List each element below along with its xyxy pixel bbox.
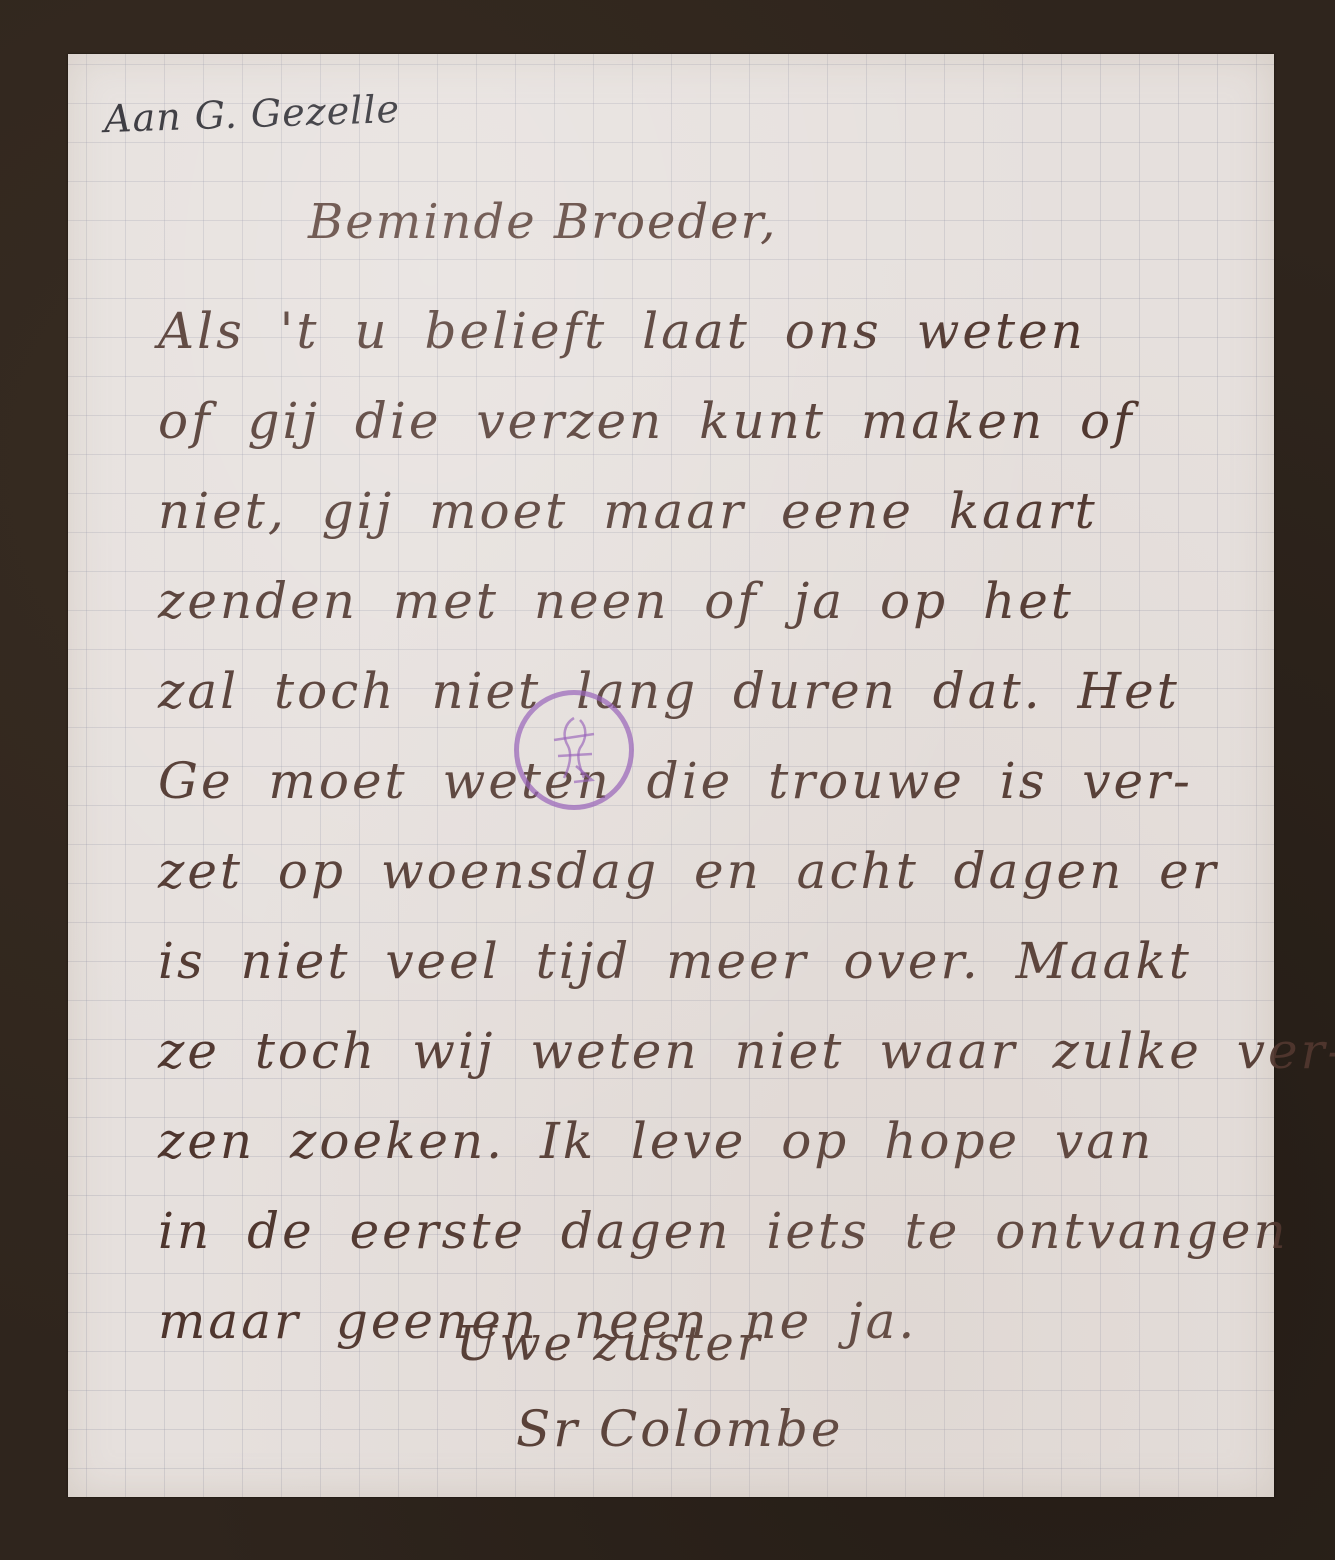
salutation: Beminde Broeder, [308,194,777,250]
letter-line: zet op woensdag en acht dagen er [158,842,1278,932]
closing: Uwe zuster [456,1316,763,1372]
archive-note: Aan G. Gezelle [103,87,400,141]
letter-line: niet, gij moet maar eene kaart [158,482,1278,572]
letter-line: is niet veel tijd meer over. Maakt [158,932,1278,1022]
letter-line: of gij die verzen kunt maken of [158,392,1278,482]
letter-line: zen zoeken. Ik leve op hope van [158,1112,1278,1202]
letter-line: Als 't u belieft laat ons weten [158,302,1278,392]
letter-line: zal toch niet lang duren dat. Het [158,662,1278,752]
letter-body: Als 't u belieft laat ons weten of gij d… [158,302,1278,1382]
letter-sheet: Aan G. Gezelle Beminde Broeder, Als 't u… [68,54,1274,1497]
letter-line: zenden met neen of ja op het [158,572,1278,662]
signature: Sr Colombe [516,1400,844,1458]
stamp-emblem-icon [534,710,614,790]
letter-line: ze toch wij weten niet waar zulke ver- [158,1022,1278,1112]
letter-line: in de eerste dagen iets te ontvangen [158,1202,1278,1292]
letter-line: Ge moet weten die trouwe is ver- [158,752,1278,842]
archive-stamp [514,690,634,810]
